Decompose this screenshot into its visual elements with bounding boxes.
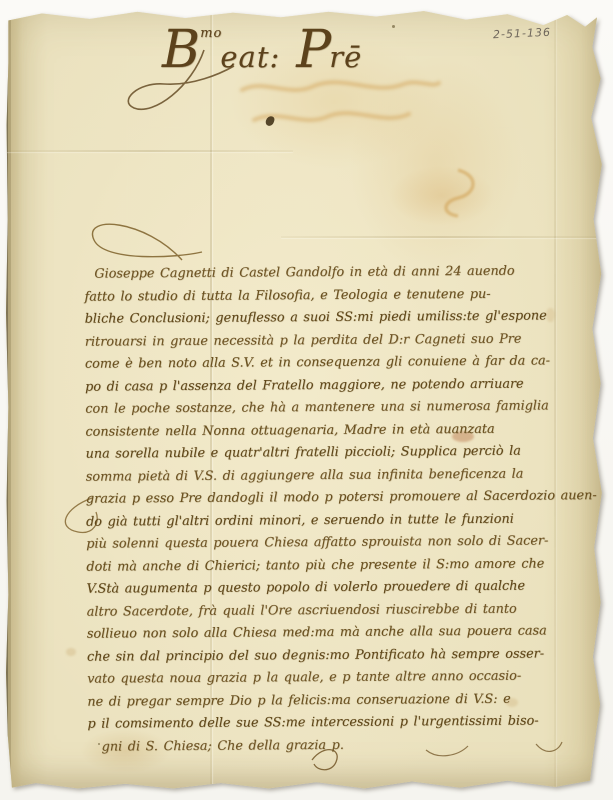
manuscript-line: bliche Conclusioni; genuflesso a suoi SS… (85, 305, 563, 331)
salutation: Bmoeat:Prē (162, 24, 442, 76)
manuscript-line: V.Stà augumenta p questo popolo di voler… (86, 575, 564, 601)
manuscript-line: po di casa p l'assenza del Fratello magg… (85, 373, 563, 399)
horizontal-crease (281, 236, 603, 238)
letter-body: Gioseppe Cagnetti di Castel Gandolfo in … (84, 260, 565, 758)
catalog-number: 2-51-136 (493, 26, 551, 42)
manuscript-line: una sorella nubile e quatr'altri fratell… (86, 440, 564, 466)
manuscript-page: 2-51-136 Bmoeat:Prē Gioseppe Cagnetti di… (6, 8, 603, 790)
ink-blot (265, 115, 276, 127)
manuscript-line: p il comsimento delle sue SS:me interces… (87, 710, 565, 736)
scan-background: 2-51-136 Bmoeat:Prē Gioseppe Cagnetti di… (0, 0, 613, 800)
horizontal-crease (6, 150, 293, 152)
manuscript-line: consistente nella Nonna ottuagenaria, Ma… (85, 418, 563, 444)
manuscript-line: ne di pregar sempre Dio p la felicis:ma … (87, 688, 565, 714)
salutation-superscript: mo (200, 26, 222, 41)
manuscript-line: vato questa noua grazia p la quale, e p … (87, 665, 565, 691)
manuscript-line: più solenni questa pouera Chiesa affatto… (86, 530, 564, 556)
manuscript-line: fatto lo studio di tutta la Filosofia, e… (84, 283, 562, 309)
salutation-initial: B (162, 20, 198, 80)
bleed-through-writing (234, 68, 444, 148)
manuscript-line: come è ben noto alla S.V. et in conseque… (85, 350, 563, 376)
manuscript-line: doti mà anche di Chierici; tanto più che… (86, 553, 564, 579)
manuscript-line: somma pietà di V.S. di aggiungere alla s… (86, 463, 564, 489)
manuscript-line: sollieuo non solo alla Chiesa med:ma mà … (87, 620, 565, 646)
manuscript-line: grazia p esso Pre dandogli il modo p pot… (86, 485, 564, 511)
salutation-initial: P (296, 20, 329, 80)
manuscript-line: altro Sacerdote, frà quali l'Ore ascriue… (87, 598, 565, 624)
salutation-word: eat: (220, 40, 280, 74)
manuscript-line: Gioseppe Cagnetti di Castel Gandolfo in … (84, 260, 562, 286)
foxing-spot (66, 648, 76, 656)
manuscript-line: do già tutti gl'altri ordini minori, e s… (86, 508, 564, 534)
manuscript-line: con le poche sostanze, che hà a mantener… (85, 395, 563, 421)
manuscript-line: che sin dal principio del suo degnis:mo … (87, 643, 565, 669)
salutation-word: rē (329, 40, 362, 74)
paper-shadow-wrap: 2-51-136 Bmoeat:Prē Gioseppe Cagnetti di… (0, 0, 613, 800)
manuscript-line: gni di S. Chiesa; Che della grazia p. (88, 733, 566, 759)
manuscript-line: ritrouarsi in graue necessità p la perdi… (85, 328, 563, 354)
